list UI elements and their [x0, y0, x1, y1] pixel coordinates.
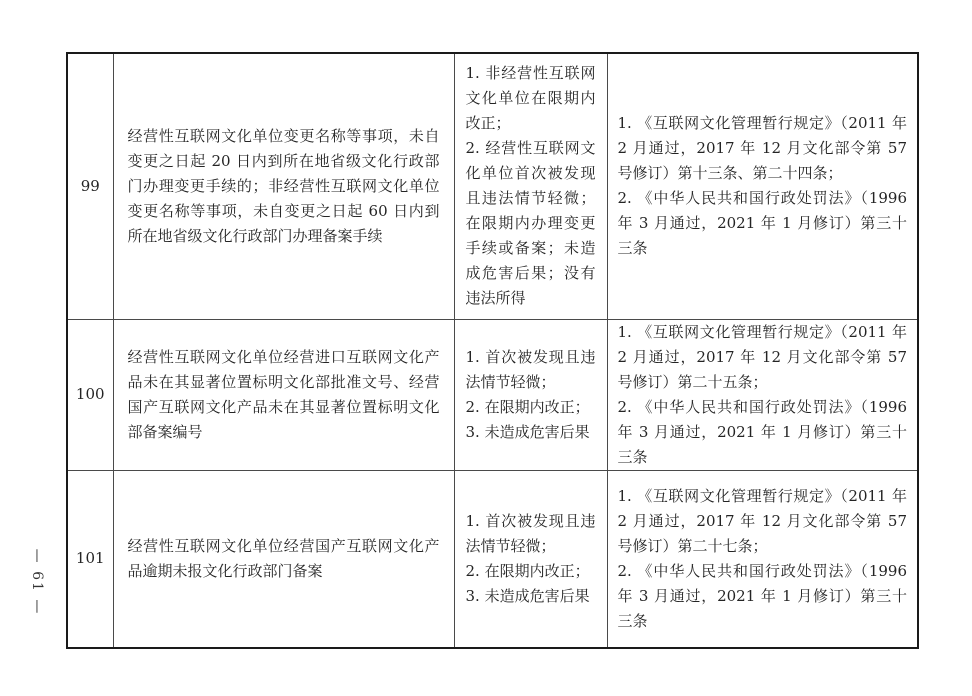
penalty-table: 99 经营性互联网文化单位变更名称等事项，未自变更之日起 20 日内到所在地省级… [66, 52, 919, 649]
legal-basis-item: 1. 《互联网文化管理暂行规定》（2011 年 2 月通过，2017 年 12 … [618, 111, 908, 186]
condition-item: 3. 未造成危害后果 [466, 420, 596, 445]
document-page: — 61 — 99 经营性互联网文化单位变更名称等事项，未自变更之日起 20 日… [0, 0, 972, 696]
violation-cell: 经营性互联网文化单位经营国产互联网文化产品逾期未报文化行政部门备案 [113, 470, 454, 648]
row-number: 99 [81, 177, 100, 195]
condition-item: 3. 未造成危害后果 [466, 584, 596, 609]
legal-basis-item: 2. 《中华人民共和国行政处罚法》（1996 年 3 月通过，2021 年 1 … [618, 559, 908, 634]
violation-cell: 经营性互联网文化单位经营进口互联网文化产品未在其显著位置标明文化部批准文号、经营… [113, 319, 454, 470]
table-row: 99 经营性互联网文化单位变更名称等事项，未自变更之日起 20 日内到所在地省级… [67, 53, 918, 319]
conditions-cell: 1. 首次被发现且违法情节轻微； 2. 在限期内改正； 3. 未造成危害后果 [454, 319, 607, 470]
violation-text: 经营性互联网文化单位经营进口互联网文化产品未在其显著位置标明文化部批准文号、经营… [128, 345, 440, 445]
legal-basis-item: 1. 《互联网文化管理暂行规定》（2011 年 2 月通过，2017 年 12 … [618, 484, 908, 559]
violation-text: 经营性互联网文化单位变更名称等事项，未自变更之日起 20 日内到所在地省级文化行… [128, 124, 440, 249]
row-number: 100 [76, 385, 105, 403]
violation-text: 经营性互联网文化单位经营国产互联网文化产品逾期未报文化行政部门备案 [128, 534, 440, 584]
legal-basis-item: 1. 《互联网文化管理暂行规定》（2011 年 2 月通过，2017 年 12 … [618, 320, 908, 395]
condition-item: 1. 首次被发现且违法情节轻微； [466, 509, 596, 559]
conditions-cell: 1. 首次被发现且违法情节轻微； 2. 在限期内改正； 3. 未造成危害后果 [454, 470, 607, 648]
condition-item: 1. 首次被发现且违法情节轻微； [466, 345, 596, 395]
legal-basis-cell: 1. 《互联网文化管理暂行规定》（2011 年 2 月通过，2017 年 12 … [607, 53, 918, 319]
row-number-cell: 99 [67, 53, 113, 319]
legal-basis-cell: 1. 《互联网文化管理暂行规定》（2011 年 2 月通过，2017 年 12 … [607, 470, 918, 648]
page-number: — 61 — [29, 549, 45, 616]
row-number-cell: 100 [67, 319, 113, 470]
table-row: 101 经营性互联网文化单位经营国产互联网文化产品逾期未报文化行政部门备案 1.… [67, 470, 918, 648]
table-row: 100 经营性互联网文化单位经营进口互联网文化产品未在其显著位置标明文化部批准文… [67, 319, 918, 470]
violation-cell: 经营性互联网文化单位变更名称等事项，未自变更之日起 20 日内到所在地省级文化行… [113, 53, 454, 319]
row-number-cell: 101 [67, 470, 113, 648]
condition-item: 2. 在限期内改正； [466, 559, 596, 584]
legal-basis-item: 2. 《中华人民共和国行政处罚法》（1996 年 3 月通过，2021 年 1 … [618, 186, 908, 261]
condition-item: 1. 非经营性互联网文化单位在限期内改正； [466, 61, 596, 136]
condition-item: 2. 在限期内改正； [466, 395, 596, 420]
legal-basis-cell: 1. 《互联网文化管理暂行规定》（2011 年 2 月通过，2017 年 12 … [607, 319, 918, 470]
conditions-cell: 1. 非经营性互联网文化单位在限期内改正； 2. 经营性互联网文化单位首次被发现… [454, 53, 607, 319]
legal-basis-item: 2. 《中华人民共和国行政处罚法》（1996 年 3 月通过，2021 年 1 … [618, 395, 908, 470]
row-number: 101 [76, 549, 105, 567]
condition-item: 2. 经营性互联网文化单位首次被发现且违法情节轻微；在限期内办理变更手续或备案；… [466, 136, 596, 311]
